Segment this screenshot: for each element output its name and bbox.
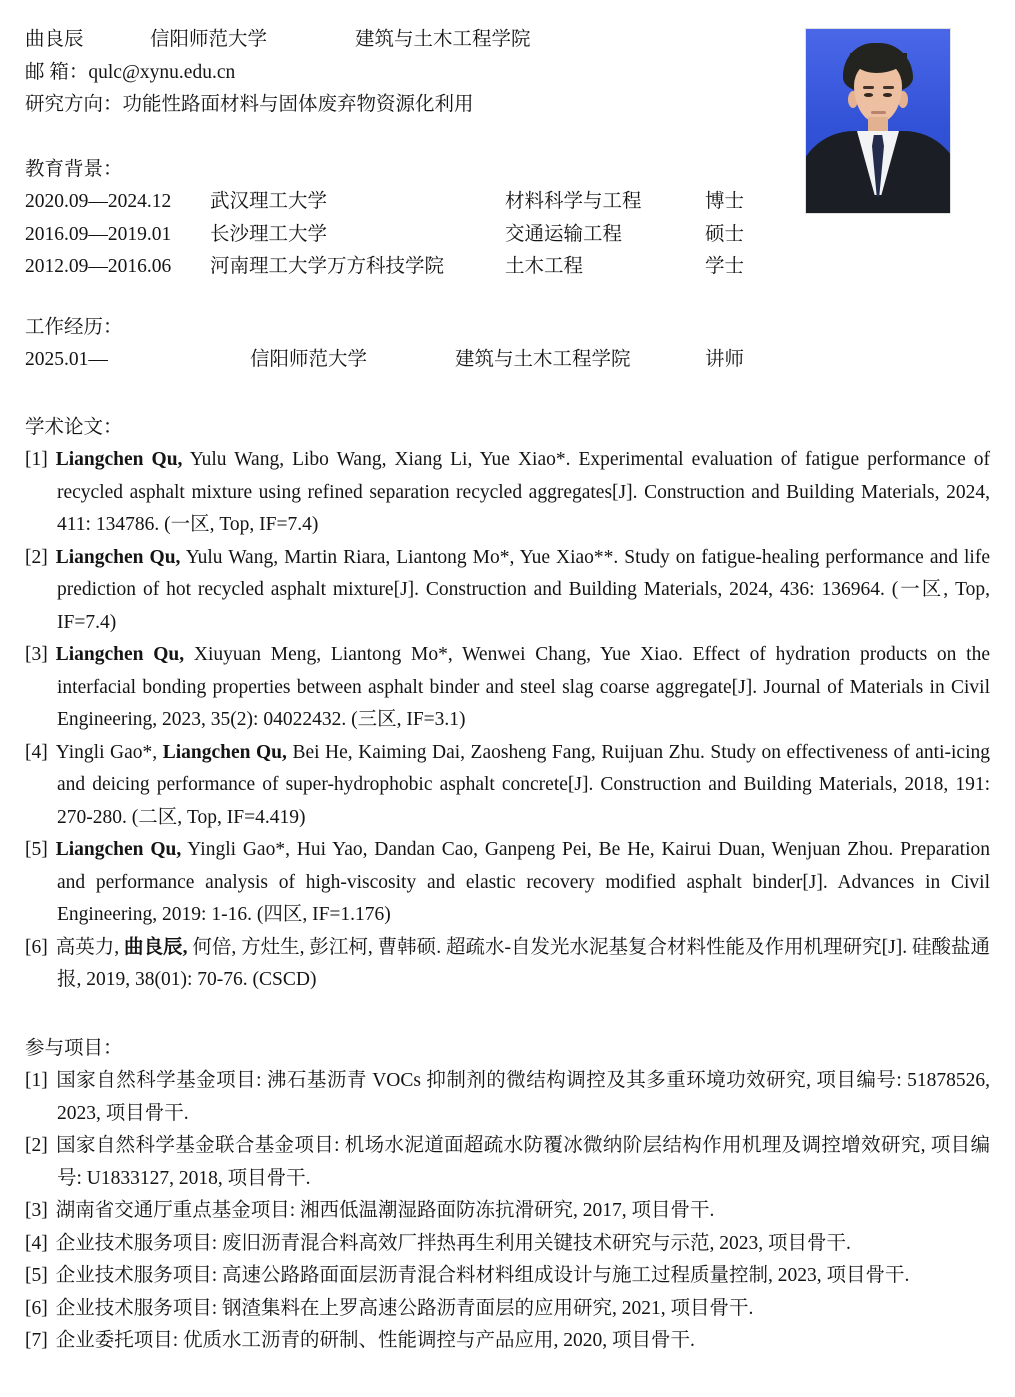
edu-period: 2016.09—2019.01 — [25, 219, 210, 252]
project-text: 企业委托项目: 优质水工沥青的研制、性能调控与产品应用, 2020, 项目骨干. — [56, 1330, 695, 1351]
photo-eye-left — [864, 93, 873, 97]
projects-title: 参与项目： — [25, 1033, 990, 1066]
project-item: [3]湖南省交通厅重点基金项目: 湘西低温潮湿路面防冻抗滑研究, 2017, 项… — [25, 1195, 990, 1228]
publication-index: [4] — [25, 742, 48, 763]
section-work: 工作经历： 2025.01— 信阳师范大学 建筑与土木工程学院 讲师 — [25, 312, 990, 377]
project-index: [7] — [25, 1330, 48, 1351]
project-index: [3] — [25, 1200, 48, 1221]
person-college: 建筑与土木工程学院 — [355, 24, 531, 57]
project-item: [5]企业技术服务项目: 高速公路路面面层沥青混合料材料组成设计与施工过程质量控… — [25, 1260, 990, 1293]
edu-school: 武汉理工大学 — [210, 186, 505, 219]
project-item: [1]国家自然科学基金项目: 沸石基沥青 VOCs 抑制剂的微结构调控及其多重环… — [25, 1065, 990, 1130]
publication-item: [2]Liangchen Qu, Yulu Wang, Martin Riara… — [25, 542, 990, 640]
person-university: 信阳师范大学 — [150, 24, 355, 57]
email-value: qulc@xynu.edu.cn — [88, 62, 235, 83]
edu-major: 交通运输工程 — [505, 219, 705, 252]
work-row: 2025.01— 信阳师范大学 建筑与土木工程学院 讲师 — [25, 344, 990, 377]
publication-item: [1]Liangchen Qu, Yulu Wang, Libo Wang, X… — [25, 444, 990, 542]
edu-degree: 学士 — [705, 251, 744, 284]
publication-text: Yingli Gao*, Hui Yao, Dandan Cao, Ganpen… — [57, 839, 990, 925]
section-publications: 学术论文： [1]Liangchen Qu, Yulu Wang, Libo W… — [25, 412, 990, 997]
project-index: [6] — [25, 1298, 48, 1319]
publication-index: [3] — [25, 644, 48, 665]
publication-item: [6]高英力, 曲良辰, 何倍, 方灶生, 彭江柯, 曹韩硕. 超疏水-自发光水… — [25, 932, 990, 997]
publication-index: [1] — [25, 449, 48, 470]
profile-photo — [805, 28, 951, 214]
edu-major: 土木工程 — [505, 251, 705, 284]
work-title: 工作经历： — [25, 312, 990, 345]
publication-authors-pre: Yingli Gao*, — [56, 742, 163, 763]
publication-index: [2] — [25, 547, 48, 568]
photo-brow-left — [863, 86, 874, 89]
publication-author-highlight: Liangchen Qu, — [56, 547, 181, 568]
project-text: 湖南省交通厅重点基金项目: 湘西低温潮湿路面防冻抗滑研究, 2017, 项目骨干… — [56, 1200, 715, 1221]
publication-text: Xiuyuan Meng, Liantong Mo*, Wenwei Chang… — [57, 644, 990, 730]
edu-degree: 博士 — [705, 186, 744, 219]
publication-text: Yulu Wang, Libo Wang, Xiang Li, Yue Xiao… — [57, 449, 990, 535]
publication-author-highlight: Liangchen Qu, — [56, 644, 184, 665]
project-item: [2]国家自然科学基金联合基金项目: 机场水泥道面超疏水防覆冰微纳阶层结构作用机… — [25, 1130, 990, 1195]
email-label: 邮 箱： — [25, 62, 88, 83]
research-value: 功能性路面材料与固体废弃物资源化利用 — [123, 94, 474, 115]
project-text: 国家自然科学基金项目: 沸石基沥青 VOCs 抑制剂的微结构调控及其多重环境功效… — [56, 1070, 990, 1124]
work-school: 信阳师范大学 — [250, 344, 455, 377]
photo-brow-right — [883, 86, 894, 89]
edu-school: 长沙理工大学 — [210, 219, 505, 252]
project-index: [5] — [25, 1265, 48, 1286]
person-name: 曲良辰 — [25, 24, 150, 57]
photo-mouth — [871, 111, 886, 114]
education-row: 2016.09—2019.01 长沙理工大学 交通运输工程 硕士 — [25, 219, 990, 252]
publication-item: [3]Liangchen Qu, Xiuyuan Meng, Liantong … — [25, 639, 990, 737]
edu-major: 材料科学与工程 — [505, 186, 705, 219]
publication-item: [4]Yingli Gao*, Liangchen Qu, Bei He, Ka… — [25, 737, 990, 835]
publication-text: Yulu Wang, Martin Riara, Liantong Mo*, Y… — [57, 547, 990, 633]
edu-period: 2020.09—2024.12 — [25, 186, 210, 219]
publication-index: [6] — [25, 937, 48, 958]
section-projects: 参与项目： [1]国家自然科学基金项目: 沸石基沥青 VOCs 抑制剂的微结构调… — [25, 1033, 990, 1358]
project-text: 企业技术服务项目: 钢渣集料在上罗高速公路沥青面层的应用研究, 2021, 项目… — [56, 1298, 754, 1319]
project-item: [6]企业技术服务项目: 钢渣集料在上罗高速公路沥青面层的应用研究, 2021,… — [25, 1293, 990, 1326]
publication-index: [5] — [25, 839, 48, 860]
work-position: 讲师 — [705, 344, 744, 377]
edu-period: 2012.09—2016.06 — [25, 251, 210, 284]
photo-eye-right — [883, 93, 892, 97]
publication-author-highlight: 曲良辰, — [124, 937, 187, 958]
publication-authors-pre: 高英力, — [56, 937, 124, 958]
work-period: 2025.01— — [25, 344, 250, 377]
publication-item: [5]Liangchen Qu, Yingli Gao*, Hui Yao, D… — [25, 834, 990, 932]
education-row: 2012.09—2016.06 河南理工大学万方科技学院 土木工程 学士 — [25, 251, 990, 284]
research-label: 研究方向： — [25, 94, 123, 115]
project-item: [7]企业委托项目: 优质水工沥青的研制、性能调控与产品应用, 2020, 项目… — [25, 1325, 990, 1358]
publication-author-highlight: Liangchen Qu, — [56, 449, 183, 470]
project-index: [2] — [25, 1135, 48, 1156]
edu-school: 河南理工大学万方科技学院 — [210, 251, 505, 284]
publication-text: 何倍, 方灶生, 彭江柯, 曹韩硕. 超疏水-自发光水泥基复合材料性能及作用机理… — [57, 937, 990, 991]
work-college: 建筑与土木工程学院 — [455, 344, 705, 377]
publication-author-highlight: Liangchen Qu, — [163, 742, 287, 763]
project-item: [4]企业技术服务项目: 废旧沥青混合料高效厂拌热再生利用关键技术研究与示范, … — [25, 1228, 990, 1261]
project-index: [1] — [25, 1070, 48, 1091]
project-text: 企业技术服务项目: 高速公路路面面层沥青混合料材料组成设计与施工过程质量控制, … — [56, 1265, 910, 1286]
cv-page: 曲良辰 信阳师范大学 建筑与土木工程学院 邮 箱：qulc@xynu.edu.c… — [0, 0, 1015, 1397]
project-text: 企业技术服务项目: 废旧沥青混合料高效厂拌热再生利用关键技术研究与示范, 202… — [56, 1233, 851, 1254]
publication-author-highlight: Liangchen Qu, — [56, 839, 181, 860]
edu-degree: 硕士 — [705, 219, 744, 252]
project-text: 国家自然科学基金联合基金项目: 机场水泥道面超疏水防覆冰微纳阶层结构作用机理及调… — [56, 1135, 990, 1189]
project-index: [4] — [25, 1233, 48, 1254]
publications-title: 学术论文： — [25, 412, 990, 445]
